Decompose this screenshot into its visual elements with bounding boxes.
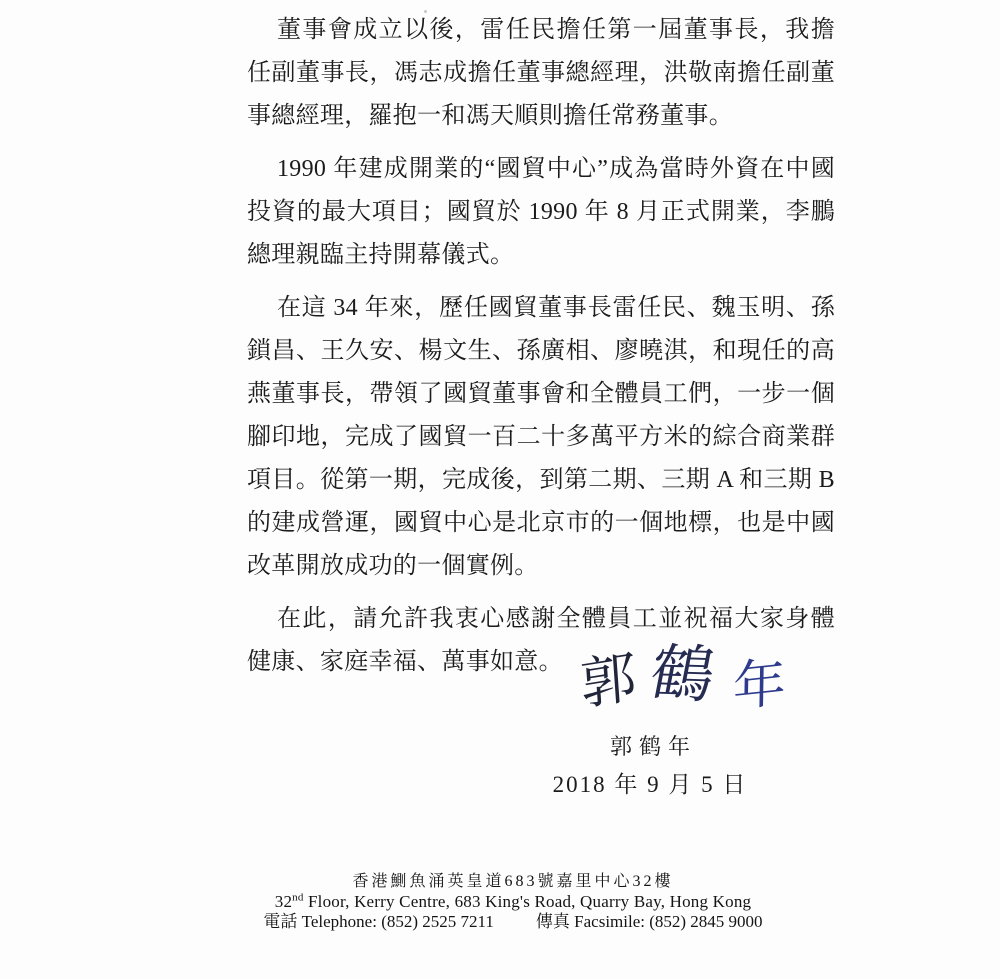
scanned-letter-page: 董事會成立以後，雷任民擔任第一屆董事長，我擔任副董事長，馮志成擔任董事總經理，洪… <box>0 0 1000 979</box>
scan-speck <box>283 920 285 922</box>
facsimile-number: 傳真 Facsimile: (852) 2845 9000 <box>536 912 763 931</box>
signature-char-3: 年 <box>732 640 786 722</box>
scan-speck <box>424 10 427 13</box>
signature-block: 郭 鶴 年 郭鹤年 2018 年 9 月 5 日 <box>430 628 870 799</box>
paragraph-1990-opening: 1990 年建成開業的“國貿中心”成為當時外資在中國投資的最大項目；國貿於 19… <box>247 148 835 277</box>
letterhead-footer: 香港鰂魚涌英皇道683號嘉里中心32樓 32nd Floor, Kerry Ce… <box>13 871 1000 931</box>
floor-ordinal-superscript: nd <box>292 891 303 903</box>
printed-name: 郭鹤年 <box>430 730 870 761</box>
signature-char-1: 郭 <box>578 633 639 722</box>
address-english: 32nd Floor, Kerry Centre, 683 King's Roa… <box>13 892 1000 911</box>
telephone-number: 電話 Telephone: (852) 2525 7211 <box>263 912 493 931</box>
address-english-rest: Floor, Kerry Centre, 683 King's Road, Qu… <box>304 892 752 911</box>
floor-number: 32 <box>275 892 292 911</box>
paragraph-34-years-history: 在這 34 年來，歷任國貿董事長雷任民、魏玉明、孫鎖昌、王久安、楊文生、孫廣相、… <box>247 287 835 588</box>
paragraph-board-formation: 董事會成立以後，雷任民擔任第一屆董事長，我擔任副董事長，馮志成擔任董事總經理，洪… <box>247 9 835 138</box>
letter-body: 董事會成立以後，雷任民擔任第一屆董事長，我擔任副董事長，馮志成擔任董事總經理，洪… <box>247 9 835 694</box>
scan-speck <box>607 438 609 440</box>
handwritten-signature: 郭 鶴 年 <box>463 628 903 720</box>
signature-char-2: 鶴 <box>643 623 724 716</box>
date-line: 2018 年 9 月 5 日 <box>430 766 870 799</box>
contact-line: 電話 Telephone: (852) 2525 7211傳真 Facsimil… <box>13 912 1000 931</box>
address-chinese: 香港鰂魚涌英皇道683號嘉里中心32樓 <box>13 871 1000 892</box>
